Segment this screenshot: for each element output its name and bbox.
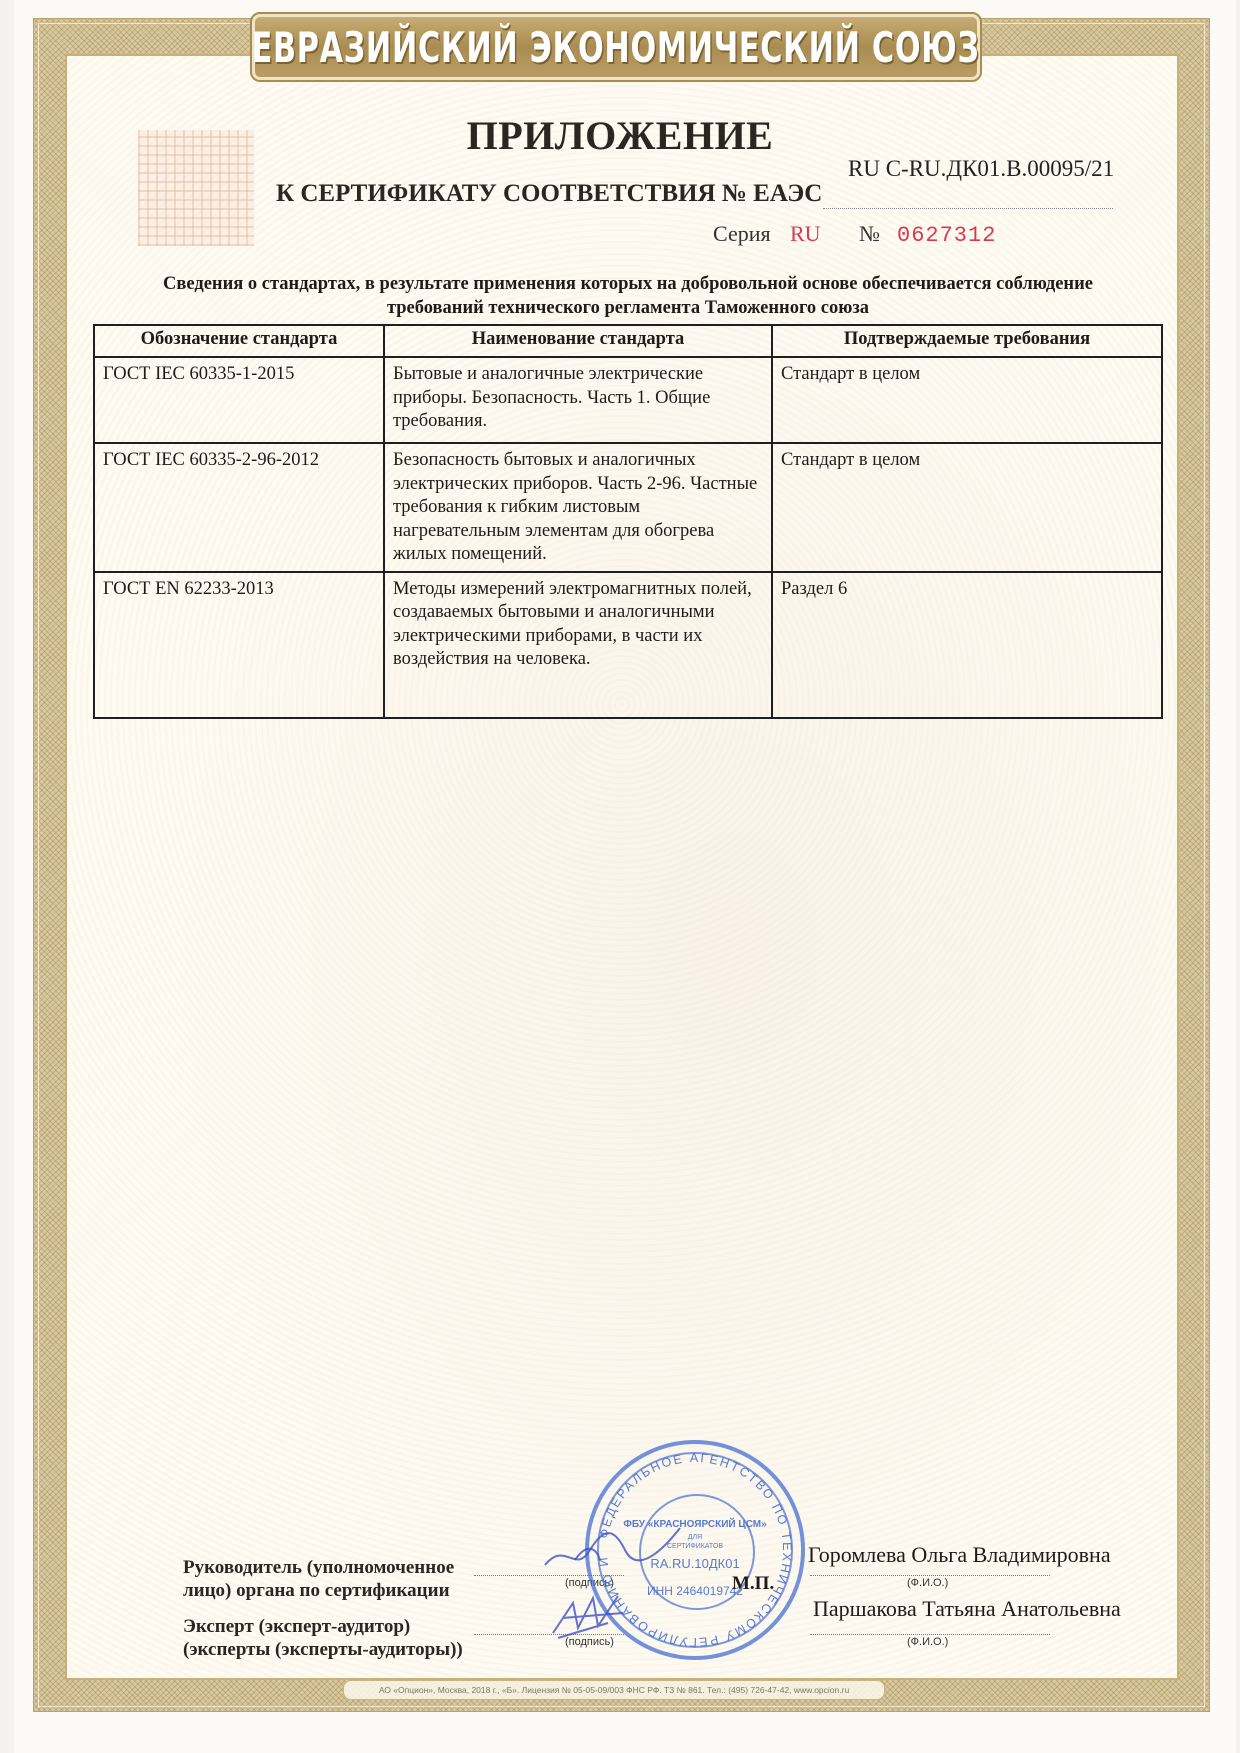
cell-name: Методы измерений электромагнитных полей,… <box>384 572 772 718</box>
banner-text: ЕВРАЗИЙСКИЙ ЭКОНОМИЧЕСКИЙ СОЮЗ <box>252 23 980 72</box>
head-label-line-1: Руководитель (уполномоченное <box>183 1556 454 1579</box>
cell-requirements: Раздел 6 <box>772 572 1162 718</box>
certificate-label: К СЕРТИФИКАТУ СООТВЕТСТВИЯ № ЕАЭС <box>276 180 822 208</box>
head-signature-icon <box>535 1520 685 1580</box>
cell-requirements: Стандарт в целом <box>772 357 1162 443</box>
cell-name: Безопасность бытовых и аналогичных элект… <box>384 443 772 572</box>
cell-designation: ГОСТ EN 62233-2013 <box>94 572 384 718</box>
intro-line-1: Сведения о стандартах, в результате прим… <box>93 272 1163 296</box>
number-label: № <box>859 221 880 247</box>
head-of-body-label: Руководитель (уполномоченное лицо) орган… <box>183 1556 454 1602</box>
cell-designation: ГОСТ IEC 60335-2-96-2012 <box>94 443 384 572</box>
column-header-requirements: Подтверждаемые требования <box>772 325 1162 357</box>
expert-fio-caption: (Ф.И.О.) <box>907 1636 948 1648</box>
column-header-designation: Обозначение стандарта <box>94 325 384 357</box>
seal-place-label: М.П. <box>732 1573 774 1595</box>
expert-signature-icon <box>548 1588 648 1643</box>
intro-text: Сведения о стандартах, в результате прим… <box>93 272 1163 320</box>
intro-line-2: требований технического регламента Тамож… <box>93 296 1163 320</box>
column-header-name: Наименование стандарта <box>384 325 772 357</box>
table-row: ГОСТ IEC 60335-2-96-2012 Безопасность бы… <box>94 443 1162 572</box>
union-banner: ЕВРАЗИЙСКИЙ ЭКОНОМИЧЕСКИЙ СОЮЗ <box>252 14 980 80</box>
table-header-row: Обозначение стандарта Наименование станд… <box>94 325 1162 357</box>
table-row: ГОСТ EN 62233-2013 Методы измерений элек… <box>94 572 1162 718</box>
series-label: Серия <box>713 221 771 247</box>
series-value: RU <box>790 221 821 247</box>
head-full-name: Горомлева Ольга Владимировна <box>808 1542 1111 1568</box>
expert-label-line-1: Эксперт (эксперт-аудитор) <box>183 1615 463 1638</box>
cell-name: Бытовые и аналогичные электрические приб… <box>384 357 772 443</box>
expert-full-name: Паршакова Татьяна Анатольевна <box>813 1596 1121 1622</box>
expert-fio-line <box>810 1634 1050 1635</box>
security-watermark <box>138 130 254 246</box>
expert-label-line-2: (эксперты (эксперты-аудиторы)) <box>183 1638 463 1661</box>
standards-table: Обозначение стандарта Наименование станд… <box>93 324 1163 719</box>
printer-imprint: АО «Опцион», Москва, 2018 г., «Б». Лицен… <box>343 1680 885 1700</box>
table-row: ГОСТ IEC 60335-1-2015 Бытовые и аналогич… <box>94 357 1162 443</box>
cell-designation: ГОСТ IEC 60335-1-2015 <box>94 357 384 443</box>
head-fio-line <box>810 1575 1050 1576</box>
serial-number: 0627312 <box>897 223 996 248</box>
expert-label: Эксперт (эксперт-аудитор) (эксперты (экс… <box>183 1615 463 1661</box>
cell-requirements: Стандарт в целом <box>772 443 1162 572</box>
head-fio-caption: (Ф.И.О.) <box>907 1577 948 1589</box>
certificate-number-line <box>823 208 1113 209</box>
page-title: ПРИЛОЖЕНИЕ <box>420 112 820 159</box>
head-label-line-2: лицо) органа по сертификации <box>183 1579 454 1602</box>
certificate-number: RU C-RU.ДК01.В.00095/21 <box>848 156 1114 182</box>
